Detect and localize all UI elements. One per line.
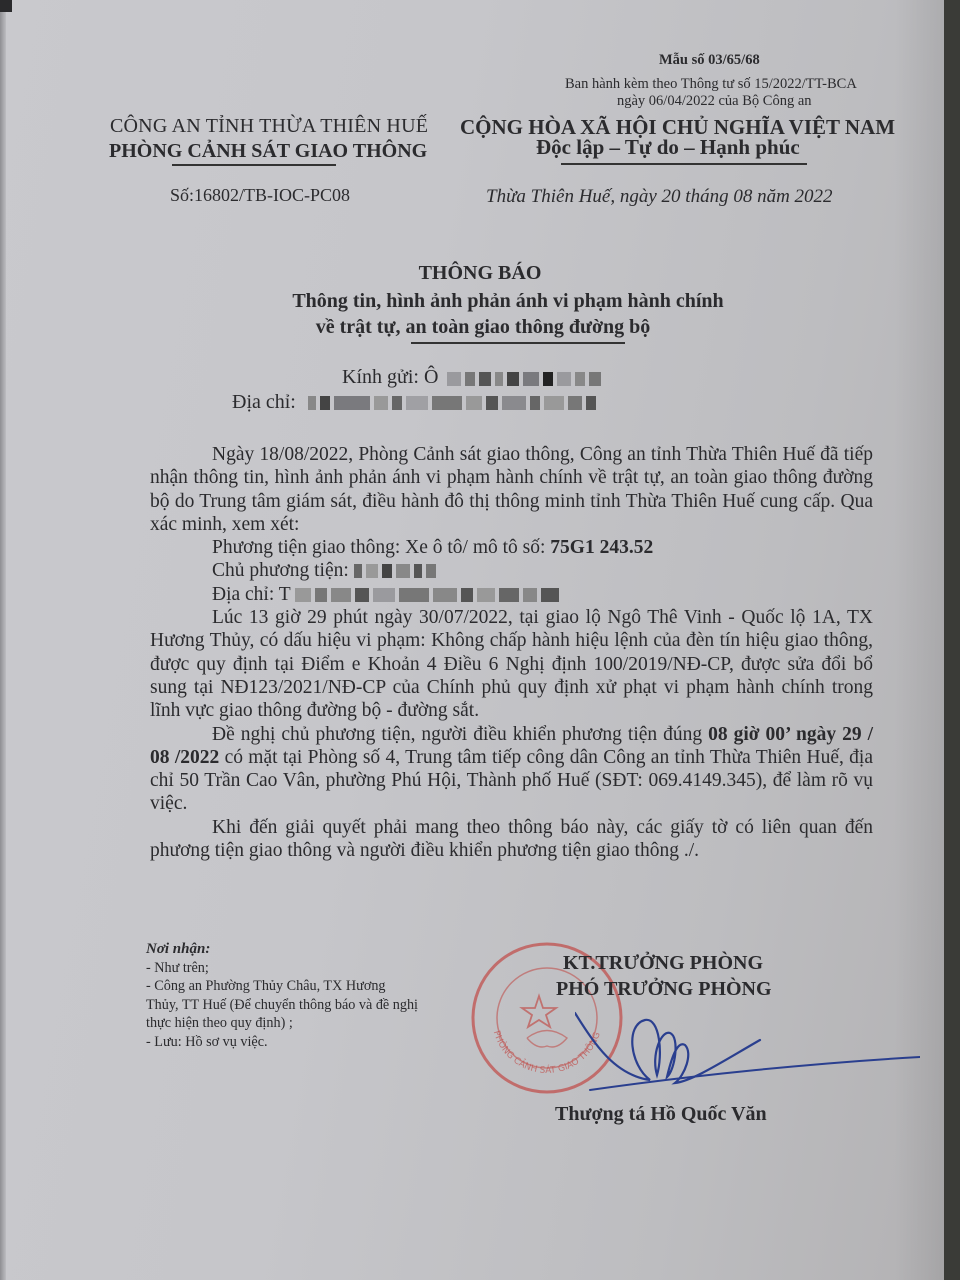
vehicle-label: Phương tiện giao thông: Xe ô tô/ mô tô s… xyxy=(212,537,550,558)
paragraph-documents: Khi đến giải quyết phải mang theo thông … xyxy=(150,816,873,863)
form-number: Mẫu số 03/65/68 xyxy=(659,52,760,69)
place-date: Thừa Thiên Huế, ngày 20 tháng 08 năm 202… xyxy=(486,186,833,208)
owner-line: Chủ phương tiện: xyxy=(150,559,871,582)
recipients-block: Nơi nhận: - Như trên; - Công an Phường T… xyxy=(146,940,418,1052)
vehicle-plate: 75G1 243.52 xyxy=(550,537,653,558)
redacted-addressee-name xyxy=(447,370,601,388)
owner-address-line: Địa chỉ: T xyxy=(150,583,871,606)
agency-department: PHÒNG CẢNH SÁT GIAO THÔNG xyxy=(109,140,427,163)
request-end: có mặt tại Phòng số 4, Trung tâm tiếp cô… xyxy=(150,747,873,815)
addressee-address-label: Địa chỉ: xyxy=(232,391,296,414)
document-subtitle-1: Thông tin, hình ảnh phản ánh vi phạm hàn… xyxy=(0,290,960,313)
subtitle-underline xyxy=(411,342,625,344)
document-title: THÔNG BÁO xyxy=(0,262,960,285)
recipients-title: Nơi nhận: xyxy=(146,940,418,959)
request-start: Đề nghị chủ phương tiện, người điều khiể… xyxy=(212,724,708,745)
vehicle-line: Phương tiện giao thông: Xe ô tô/ mô tô s… xyxy=(150,536,871,559)
owner-address-label: Địa chỉ: T xyxy=(212,584,290,605)
recipient-item: - Như trên; xyxy=(146,959,418,978)
redacted-owner-address xyxy=(295,586,559,604)
paragraph-received: Ngày 18/08/2022, Phòng Cảnh sát giao thô… xyxy=(150,443,873,536)
addressee-label: Kính gửi: Ô xyxy=(342,366,438,389)
notice-body: Ngày 18/08/2022, Phòng Cảnh sát giao thô… xyxy=(185,443,871,862)
national-motto: Độc lập – Tự do – Hạnh phúc xyxy=(536,135,800,160)
page-edge xyxy=(0,0,6,1280)
agency-underline xyxy=(172,164,336,166)
signature-title-1: KT.TRƯỞNG PHÒNG xyxy=(563,952,763,975)
document-number: Số:16802/TB-IOC-PC08 xyxy=(170,185,350,206)
recipient-item: - Công an Phường Thủy Châu, TX Hương xyxy=(146,977,418,996)
redacted-addressee-address xyxy=(308,394,596,412)
form-issued-line1: Ban hành kèm theo Thông tư số 15/2022/TT… xyxy=(565,76,857,93)
signature-title-2: PHÓ TRƯỞNG PHÒNG xyxy=(556,978,772,1001)
form-issued-line2: ngày 06/04/2022 của Bộ Công an xyxy=(617,93,812,110)
recipient-item: - Lưu: Hồ sơ vụ việc. xyxy=(146,1033,418,1052)
handwritten-signature-icon xyxy=(575,1005,920,1115)
recipient-item: Thủy, TT Huế (Để chuyển thông báo và đề … xyxy=(146,996,418,1015)
paragraph-violation: Lúc 13 giờ 29 phút ngày 30/07/2022, tại … xyxy=(150,606,873,722)
motto-underline xyxy=(561,163,807,165)
document-page: Mẫu số 03/65/68 Ban hành kèm theo Thông … xyxy=(0,0,944,1280)
recipient-item: thực hiện theo quy định) ; xyxy=(146,1014,418,1033)
paragraph-request: Đề nghị chủ phương tiện, người điều khiể… xyxy=(150,723,873,816)
signer-name: Thượng tá Hồ Quốc Văn xyxy=(555,1103,767,1126)
owner-label: Chủ phương tiện: xyxy=(212,560,349,581)
document-subtitle-2: về trật tự, an toàn giao thông đường bộ xyxy=(0,316,960,339)
redacted-owner-name xyxy=(354,562,436,580)
agency-name: CÔNG AN TỈNH THỪA THIÊN HUẾ xyxy=(110,115,428,138)
corner-shadow xyxy=(0,0,12,12)
